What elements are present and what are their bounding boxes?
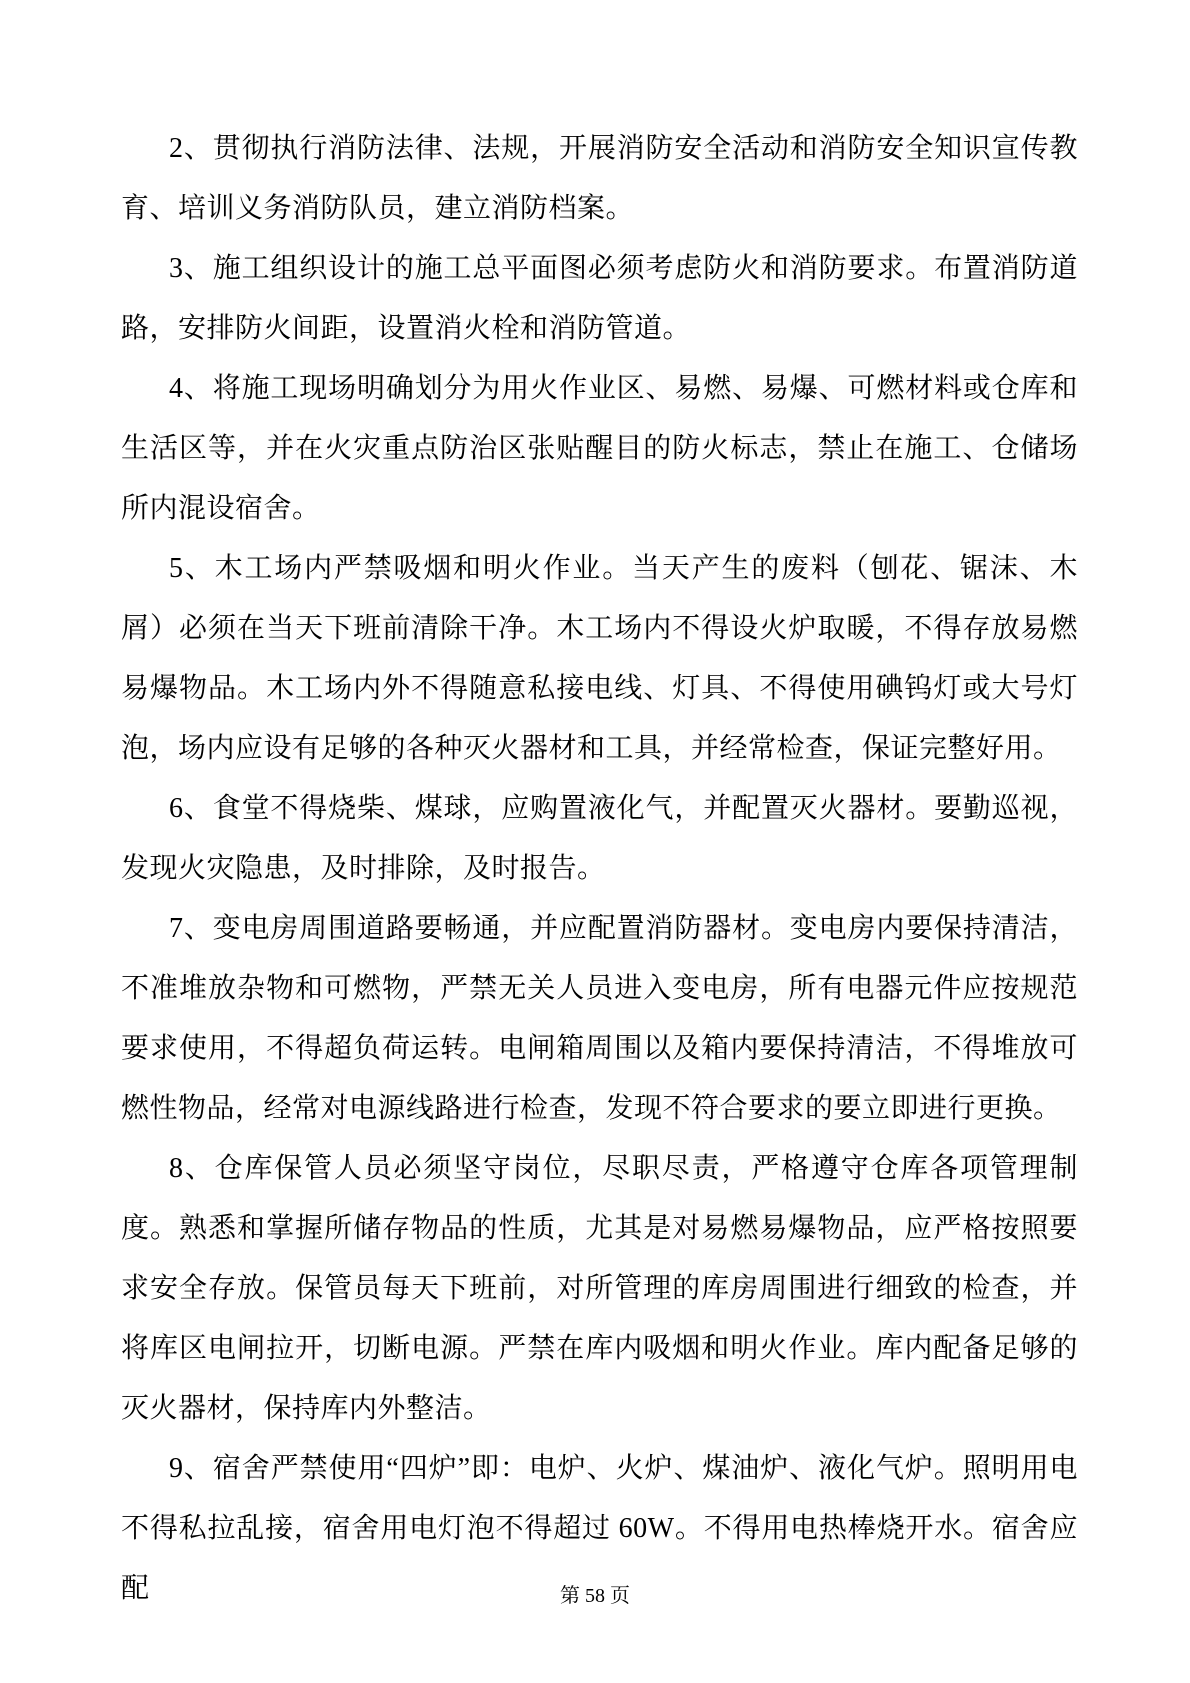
paragraph-site-zones: 4、将施工现场明确划分为用火作业区、易燃、易爆、可燃材料或仓库和生活区等，并在火… bbox=[121, 359, 1078, 539]
paragraph-wood-workshop: 5、木工场内严禁吸烟和明火作业。当天产生的废料（刨花、锯沫、木屑）必须在当天下班… bbox=[121, 539, 1078, 779]
paragraph-substation: 7、变电房周围道路要畅通，并应配置消防器材。变电房内要保持清洁，不准堆放杂物和可… bbox=[121, 899, 1078, 1139]
document-body: 2、贯彻执行消防法律、法规，开展消防安全活动和消防安全知识宣传教育、培训义务消防… bbox=[121, 119, 1078, 1619]
paragraph-site-plan: 3、施工组织设计的施工总平面图必须考虑防火和消防要求。布置消防道路，安排防火间距… bbox=[121, 239, 1078, 359]
paragraph-fire-law: 2、贯彻执行消防法律、法规，开展消防安全活动和消防安全知识宣传教育、培训义务消防… bbox=[121, 119, 1078, 239]
page-number-footer: 第 58 页 bbox=[0, 1583, 1190, 1609]
document-page: 2、贯彻执行消防法律、法规，开展消防安全活动和消防安全知识宣传教育、培训义务消防… bbox=[0, 0, 1190, 1683]
paragraph-warehouse: 8、仓库保管人员必须坚守岗位，尽职尽责，严格遵守仓库各项管理制度。熟悉和掌握所储… bbox=[121, 1139, 1078, 1439]
paragraph-canteen: 6、食堂不得烧柴、煤球，应购置液化气，并配置灭火器材。要勤巡视，发现火灾隐患，及… bbox=[121, 779, 1078, 899]
